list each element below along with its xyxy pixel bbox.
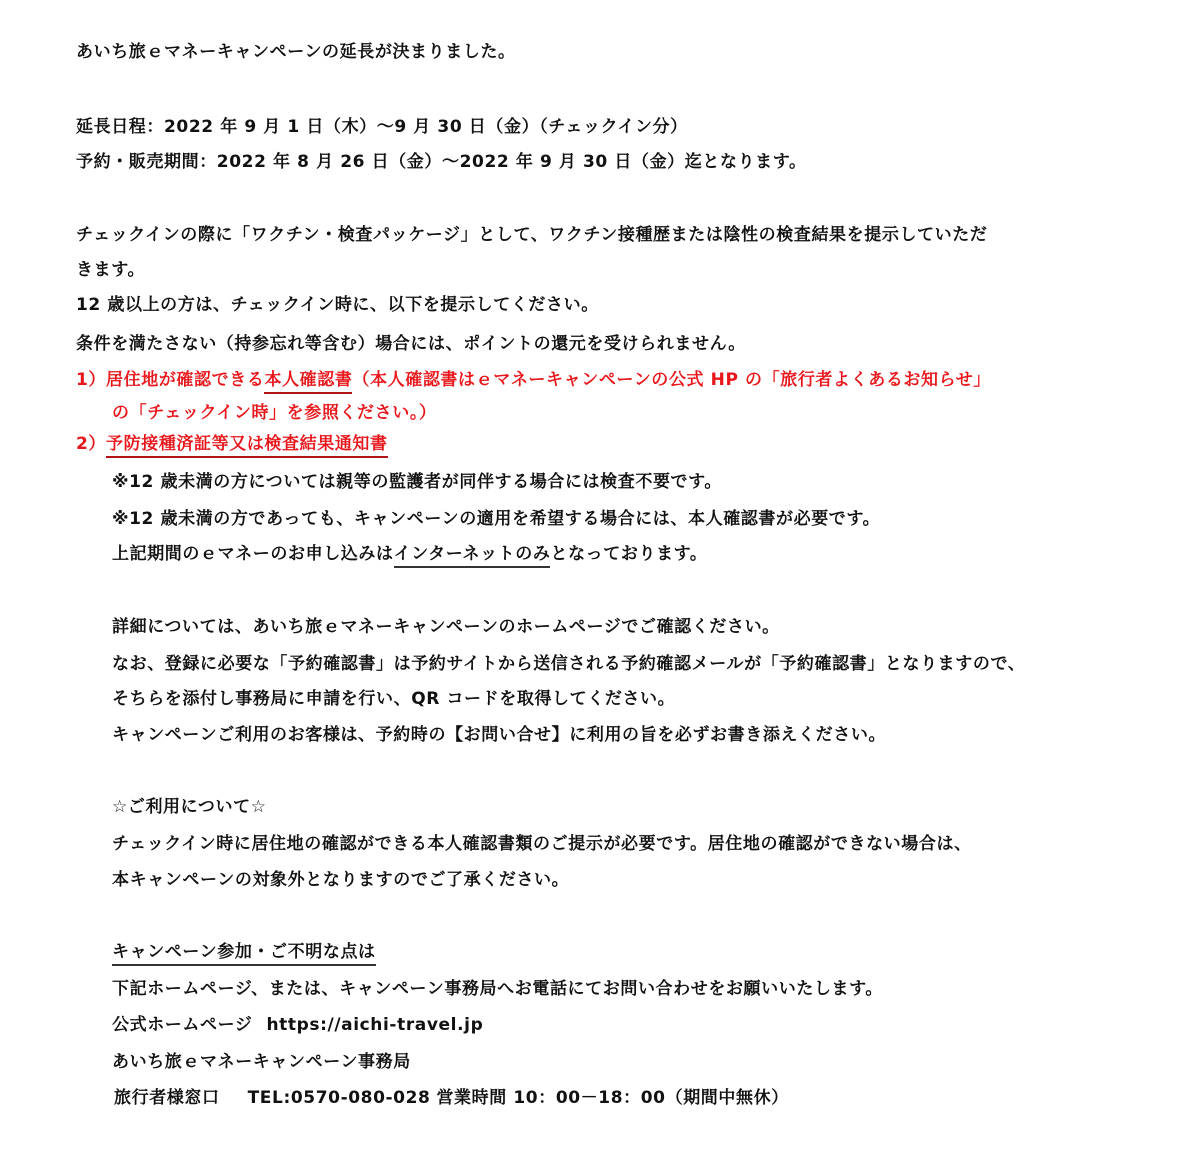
contact-line-1: 下記ホームページ、または、キャンペーン事務局へお電話にてお問い合わせをお願いいた… xyxy=(112,977,883,1001)
contact-heading: キャンペーン参加・ご不明な点は xyxy=(112,940,376,964)
office-name: あいち旅ｅマネーキャンペーン事務局 xyxy=(112,1050,411,1074)
headline: あいち旅ｅマネーキャンペーンの延長が決まりました。 xyxy=(76,40,516,64)
campaign-notice-document: あいち旅ｅマネーキャンペーンの延長が決まりました。 延長日程：2022 年 9 … xyxy=(0,0,1200,1172)
note-under-12-id: ※12 歳未満の方であっても、キャンペーンの適用を希望する場合には、本人確認書が… xyxy=(112,507,880,531)
tel-number: TEL:0570-080-028 xyxy=(248,1088,431,1108)
vaccine-notice-line-3: 12 歳以上の方は、チェックイン時に、以下を提示してください。 xyxy=(76,293,599,317)
sales-period: 予約・販売期間：2022 年 8 月 26 日（金）～2022 年 9 月 30… xyxy=(76,150,807,174)
contact-heading-text: キャンペーン参加・ご不明な点は xyxy=(112,942,376,966)
requirement-number-1: 1） xyxy=(76,370,106,390)
usage-line-1: チェックイン時に居住地の確認ができる本人確認書類のご提示が必要です。居住地の確認… xyxy=(112,832,972,856)
homepage-label: 公式ホームページ xyxy=(112,1015,252,1035)
note-under-12-guardian: ※12 歳未満の方については親等の監護者が同伴する場合には検査不要です。 xyxy=(112,470,722,494)
vaccine-notice-line-2: きます。 xyxy=(76,258,145,282)
details-line-1: 詳細については、あいち旅ｅマネーキャンペーンのホームページでご確認ください。 xyxy=(112,615,780,639)
details-line-3: そちらを添付し事務局に申請を行い、QR コードを取得してください。 xyxy=(112,687,675,711)
business-hours: 営業時間 10：00－18：00（期間中無休） xyxy=(436,1088,788,1108)
requirement-number-2: 2） xyxy=(76,434,106,454)
vaccine-notice-line-1: チェックインの際に「ワクチン・検査パッケージ」として、ワクチン接種歴または陰性の… xyxy=(76,223,987,247)
usage-line-2: 本キャンペーンの対象外となりますのでご了承ください。 xyxy=(112,868,569,892)
note-internet-suffix: となっております。 xyxy=(550,544,707,564)
requirement-item-1: 1）居住地が確認できる本人確認書（本人確認書はｅマネーキャンペーンの公式 HP … xyxy=(76,368,991,392)
homepage-row: 公式ホームページhttps://aichi-travel.jp xyxy=(112,1013,483,1037)
requirement-1-underlined: 本人確認書 xyxy=(264,370,352,394)
details-line-4: キャンペーンご利用のお客様は、予約時の【お問い合せ】に利用の旨を必ずお書き添えく… xyxy=(112,723,886,747)
internet-only-underlined: インターネットのみ xyxy=(394,544,551,568)
vaccine-notice-line-4: 条件を満たさない（持参忘れ等含む）場合には、ポイントの還元を受けられません。 xyxy=(76,332,746,356)
requirement-item-1-line-2: の「チェックイン時」を参照ください。） xyxy=(112,401,437,425)
note-internet-prefix: 上記期間のｅマネーのお申し込みは xyxy=(112,544,394,564)
requirement-1-prefix: 居住地が確認できる xyxy=(106,370,264,390)
requirement-item-2: 2）予防接種済証等又は検査結果通知書 xyxy=(76,432,388,456)
details-line-2: なお、登録に必要な「予約確認書」は予約サイトから送信される予約確認メールが「予約… xyxy=(112,652,1025,676)
extension-period: 延長日程：2022 年 9 月 1 日（木）～9 月 30 日（金）（チェックイ… xyxy=(76,115,688,139)
contact-window-row: 旅行者様窓口TEL:0570-080-028営業時間 10：00－18：00（期… xyxy=(114,1086,789,1110)
homepage-url-link[interactable]: https://aichi-travel.jp xyxy=(266,1015,483,1035)
window-label: 旅行者様窓口 xyxy=(114,1088,220,1108)
requirement-2-underlined: 予防接種済証等又は検査結果通知書 xyxy=(106,434,388,458)
requirement-1-suffix: （本人確認書はｅマネーキャンペーンの公式 HP の「旅行者よくあるお知らせ」 xyxy=(352,370,990,390)
note-internet-only: 上記期間のｅマネーのお申し込みはインターネットのみとなっております。 xyxy=(112,542,708,566)
usage-heading: ☆ご利用について☆ xyxy=(112,795,267,819)
